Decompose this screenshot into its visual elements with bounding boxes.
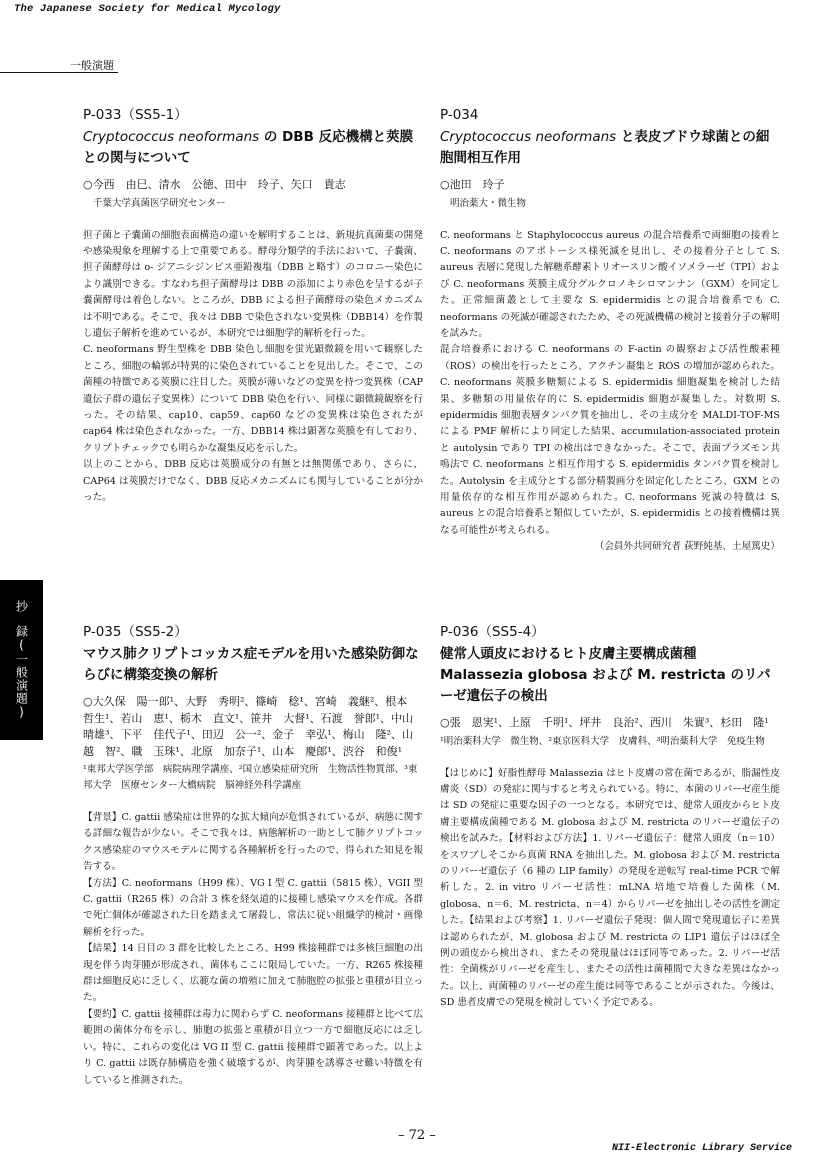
body-paragraph: 【結果】14 日目の 3 群を比較したところ、H99 株接種群では多核巨細胞の出… [83, 941, 423, 1007]
side-tab-top: 抄 [16, 600, 28, 613]
title-italic: Cryptococcus neoformans [440, 129, 616, 145]
abstract-p036: P-036（SS5-4） 健常人頭皮におけるヒト皮膚主要構成菌種 Malasse… [440, 622, 780, 1012]
body-paragraph: C. neoformans と Staphylococcus aureus の混… [440, 228, 780, 343]
body-paragraph: 以上のことから、DBB 反応は莢膜成分の有無とは無関係であり、さらに、CAP64… [83, 457, 423, 506]
abstract-p033: P-033（SS5-1） Cryptococcus neoformans の D… [83, 105, 423, 506]
body-paragraph: 【背景】C. gattii 感染症は世界的な拡大傾向が危惧されているが、病態に関… [83, 810, 423, 876]
side-tab-bottom: 録(一般演題) [16, 625, 28, 720]
abstract-id: P-035（SS5-2） [83, 622, 423, 642]
body-paragraph: 【はじめに】好脂性酵母 Malassezia はヒト皮膚の常在菌であるが、脂漏性… [440, 766, 780, 1012]
abstract-body: 担子菌と子嚢菌の細胞表面構造の違いを解明することは、新規抗真菌薬の開発や感染現象… [83, 228, 423, 507]
abstract-id: P-036（SS5-4） [440, 622, 780, 642]
journal-header: The Japanese Society for Medical Mycolog… [14, 3, 281, 15]
body-paragraph: 【要約】C. gattii 接種群は毒力に関わらず C. neoformans … [83, 1007, 423, 1089]
abstract-authors: ○張 恩実¹、上原 千明¹、坪井 良治²、西川 朱實³、杉田 隆¹ [440, 715, 780, 732]
abstract-authors: ○大久保 陽一郎¹、大野 秀明²、篠崎 稔¹、宮崎 義継²、根本 哲生¹、若山 … [83, 694, 423, 760]
body-paragraph: 混合培養系における C. neoformans の F-actin の観察および… [440, 342, 780, 539]
abstract-title: Cryptococcus neoformans と表皮ブドウ球菌との細胞間相互作… [440, 127, 780, 169]
abstract-affiliation: 明治薬大・微生物 [450, 196, 780, 212]
abstract-title: マウス肺クリプトコッカス症モデルを用いた感染防御ならびに構築変換の解析 [83, 644, 423, 686]
collaborators-note: （会員外共同研究者 荻野純基、土屋篤史） [440, 539, 780, 555]
section-rule [0, 72, 118, 73]
body-paragraph: 担子菌と子嚢菌の細胞表面構造の違いを解明することは、新規抗真菌薬の開発や感染現象… [83, 228, 423, 343]
abstract-id: P-034 [440, 105, 780, 125]
title-rest: 健常人頭皮におけるヒト皮膚主要構成菌種 Malassezia globosa お… [440, 646, 771, 704]
body-paragraph: 【方法】C. neoformans（H99 株）、VG I 型 C. gatti… [83, 876, 423, 942]
title-italic: Cryptococcus neoformans [83, 129, 259, 145]
abstract-title: 健常人頭皮におけるヒト皮膚主要構成菌種 Malassezia globosa お… [440, 644, 780, 707]
title-rest: マウス肺クリプトコッカス症モデルを用いた感染防御ならびに構築変換の解析 [83, 646, 419, 683]
abstract-authors: ○今西 由巳、清水 公徳、田中 玲子、矢口 貴志 [83, 177, 423, 194]
abstract-affiliation: ¹明治薬科大学 微生物、²東京医科大学 皮膚科、³明治薬科大学 免疫生物 [440, 734, 780, 750]
abstract-affiliation: ¹東邦大学医学部 病院病理学講座、²国立感染症研究所 生物活性物質部、³東邦大学… [83, 762, 423, 794]
abstract-p034: P-034 Cryptococcus neoformans と表皮ブドウ球菌との… [440, 105, 780, 556]
abstract-body: 【背景】C. gattii 感染症は世界的な拡大傾向が危惧されているが、病態に関… [83, 810, 423, 1089]
body-paragraph: C. neoformans 野生型株を DBB 染色し細胞を蛍光顕微鏡を用いて観… [83, 342, 423, 457]
abstract-affiliation: 千葉大学真菌医学研究センター [93, 196, 423, 212]
footer-service: NII-Electronic Library Service [612, 1143, 792, 1154]
side-tab: 抄 録(一般演題) [0, 580, 43, 740]
abstract-p035: P-035（SS5-2） マウス肺クリプトコッカス症モデルを用いた感染防御ならび… [83, 622, 423, 1089]
abstract-title: Cryptococcus neoformans の DBB 反応機構と莢膜との関… [83, 127, 423, 169]
section-label: 一般演題 [70, 57, 114, 73]
abstract-authors: ○池田 玲子 [440, 177, 780, 194]
abstract-body: 【はじめに】好脂性酵母 Malassezia はヒト皮膚の常在菌であるが、脂漏性… [440, 766, 780, 1012]
abstract-body: C. neoformans と Staphylococcus aureus の混… [440, 228, 780, 556]
abstract-id: P-033（SS5-1） [83, 105, 423, 125]
page-number: – 72 – [398, 1128, 436, 1143]
